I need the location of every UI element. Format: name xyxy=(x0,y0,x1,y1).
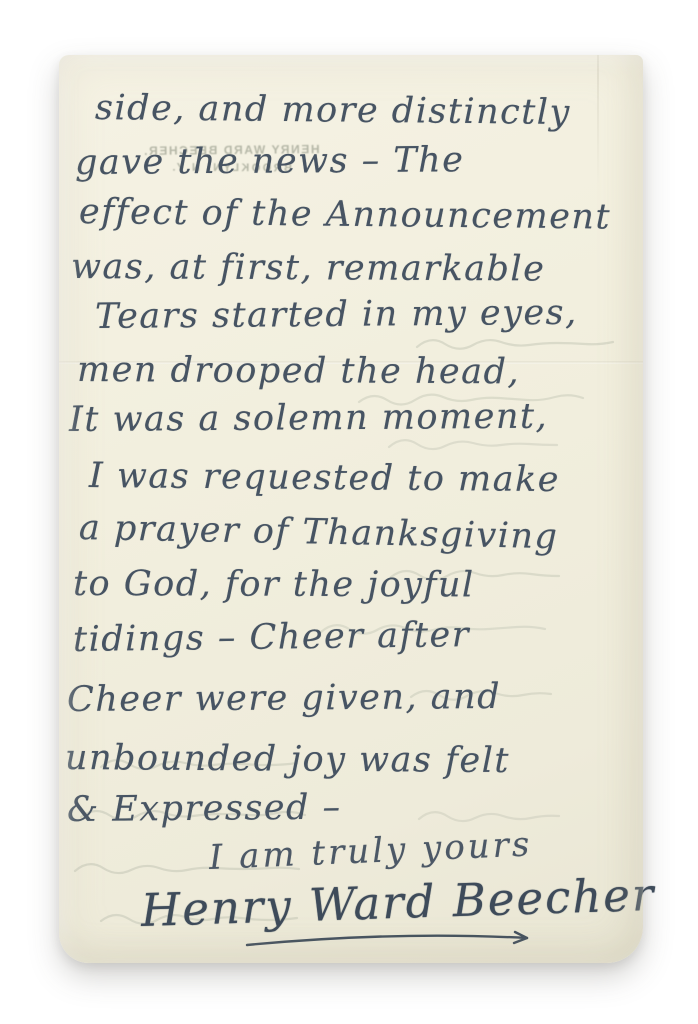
handwritten-line: tidings – Cheer after xyxy=(73,615,470,660)
closing-line: I am truly yours xyxy=(208,824,533,878)
handwritten-line: side, and more distinctly xyxy=(95,88,571,133)
handwritten-line: was, at first, remarkable xyxy=(71,247,546,289)
handwritten-line: & Expressed – xyxy=(67,788,342,830)
vertical-fold-crease xyxy=(597,55,599,185)
handwritten-line: a prayer of Thanksgiving xyxy=(79,508,559,557)
handwritten-line: It was a solemn moment, xyxy=(69,397,548,440)
handwritten-line: Cheer were given, and xyxy=(67,677,501,720)
handwritten-line: effect of the Announcement xyxy=(79,192,611,238)
handwritten-line: unbounded joy was felt xyxy=(65,738,510,781)
handwritten-line: I was requested to make xyxy=(89,456,560,500)
handwritten-line: to God, for the joyful xyxy=(73,564,475,605)
handwritten-line: men drooped the head, xyxy=(77,350,520,392)
handwritten-line: gave the news – The xyxy=(75,140,465,183)
handwritten-line: Tears started in my eyes, xyxy=(95,293,578,337)
signature-henry-ward-beecher: Henry Ward Beecher xyxy=(140,868,656,937)
photograph-background: HENRY WARD BEECHER. BROOKLYN, N.Y. side,… xyxy=(0,0,698,1024)
letter-page: HENRY WARD BEECHER. BROOKLYN, N.Y. side,… xyxy=(59,55,643,963)
